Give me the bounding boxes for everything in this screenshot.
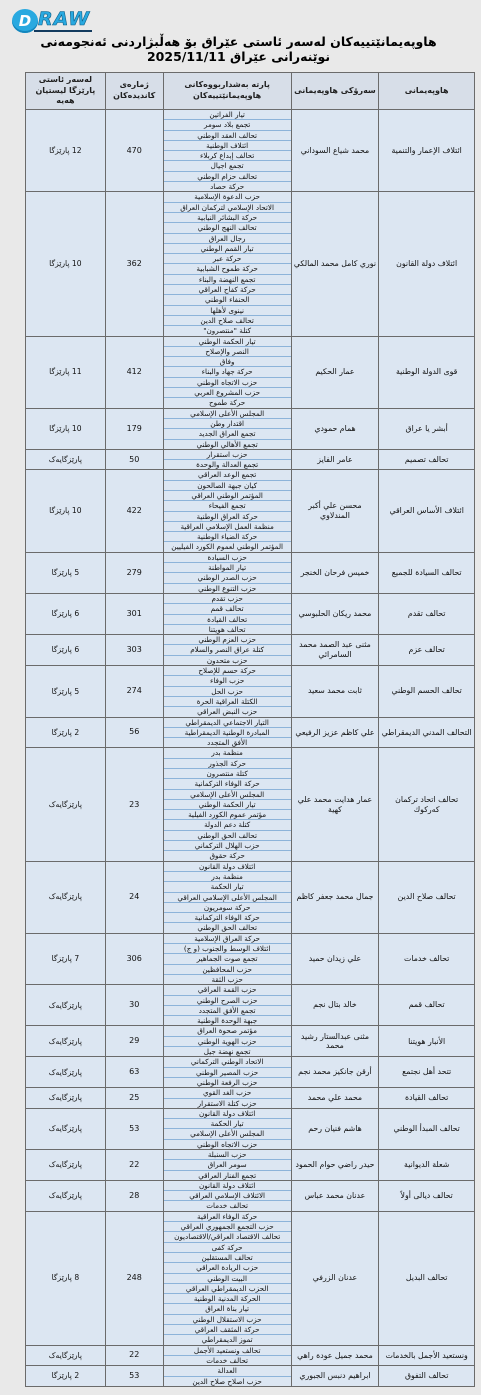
party-item: حركة الوفاء التركمانية bbox=[164, 778, 291, 788]
party-list: تيار الفراتينتجمع بلاد سومرتحالف العقد ا… bbox=[163, 110, 291, 192]
table-row: تحالف قمم خالد بتال نجم حزب القمة العراق… bbox=[26, 985, 475, 1026]
draw-logo: D RAW bbox=[12, 6, 92, 36]
party-item: كتلة منتصرون bbox=[164, 768, 291, 778]
party-item: حزب الثقة bbox=[164, 974, 291, 984]
party-list: منظمة بدرحركة الجذوركتلة منتصرونحركة الو… bbox=[163, 748, 291, 861]
party-item: منظمة بدر bbox=[164, 871, 291, 881]
table-row: تحالف اتحاد تركمان كەركوك عمار هدايت محم… bbox=[26, 748, 475, 861]
party-item: تحالف هويتنا bbox=[164, 624, 291, 634]
coalition-name: ونستعيد الأجمل بالخدمات bbox=[379, 1345, 475, 1366]
party-item: حزب متحدون bbox=[164, 655, 291, 665]
province-count: پارێزگایەک bbox=[26, 1057, 106, 1088]
coalition-name: أبشر يا عراق bbox=[379, 408, 475, 449]
party-item: الاتحاد الوطني التركماني bbox=[164, 1057, 291, 1066]
party-item: حزب الريادة العراقي bbox=[164, 1262, 291, 1272]
coalitions-table-wrapper: هاوپەیمانی سەرۆکی هاوپەیمانی پارتە بەشدا… bbox=[24, 72, 475, 1387]
coalition-leader: عمار هدايت محمد علي كهية bbox=[291, 748, 379, 861]
coalition-name: تحالف اتحاد تركمان كەركوك bbox=[379, 748, 475, 861]
coalition-leader: محسن علي أكبر المندلاوي bbox=[291, 470, 379, 552]
party-item: تجمع العدالة والوحدة bbox=[164, 459, 291, 469]
party-item: ائتلاف الوطنية bbox=[164, 140, 291, 150]
party-item: المؤتمر الوطني لعموم الكورد الفيليين bbox=[164, 541, 291, 551]
party-list: العدالةحزب اصلاح صلاح الدين bbox=[163, 1366, 291, 1387]
header-parties: پارتە بەشداربووەکانی هاوپەیمانێتییەکان bbox=[163, 73, 291, 110]
candidate-count: 24 bbox=[105, 861, 163, 933]
candidate-count: 25 bbox=[105, 1088, 163, 1109]
party-item: ائتلاف دولة القانون bbox=[164, 1181, 291, 1190]
coalition-leader: خميس فرحان الخنجر bbox=[291, 552, 379, 593]
coalition-leader: جمال محمد جعفر كاظم bbox=[291, 861, 379, 933]
party-item: تحالف العقد الوطني bbox=[164, 130, 291, 140]
party-item: حزب الاتجاه الوطني bbox=[164, 1139, 291, 1149]
table-row: التحالف المدني الديمقراطي علي كاظم عزيز … bbox=[26, 717, 475, 748]
party-item: حركة المثقف العراقي bbox=[164, 1324, 291, 1334]
party-item: المبادرة الوطنية الديمقراطية bbox=[164, 727, 291, 737]
party-item: الحنفاء الوطني bbox=[164, 294, 291, 304]
party-item: حزب التنوع الوطني bbox=[164, 583, 291, 593]
party-item: حركة طموح الشبابية bbox=[164, 263, 291, 273]
party-item: حركة الوفاء العراقية bbox=[164, 1212, 291, 1221]
header-provinces: لەسەر ئاستی پارێزگا لیستیان هەیە bbox=[26, 73, 106, 110]
candidate-count: 248 bbox=[105, 1211, 163, 1345]
party-item: تحالف الاقتصاد العراقي/الاقتصاديون bbox=[164, 1231, 291, 1241]
candidate-count: 362 bbox=[105, 192, 163, 336]
party-item: الحركة المدنية الوطنية bbox=[164, 1293, 291, 1303]
party-item: حركة البشائر النيابية bbox=[164, 212, 291, 222]
province-count: 8 پارێزگا bbox=[26, 1211, 106, 1345]
province-count: پارێزگایەک bbox=[26, 1345, 106, 1366]
party-item: تجمع الوعد العراقي bbox=[164, 470, 291, 479]
party-item: نينوى لأهلها bbox=[164, 305, 291, 315]
party-item: حزب الوفاء bbox=[164, 675, 291, 685]
table-row: الأنبار هويتنا مثنى عبدالستار رشيد محمد … bbox=[26, 1026, 475, 1057]
party-item: المجلس الأعلى الإسلامي bbox=[164, 1128, 291, 1138]
party-item: حزب المصير الوطني bbox=[164, 1067, 291, 1077]
party-item: تيار الحكمة bbox=[164, 1118, 291, 1128]
party-item: حزب المشروع العربي bbox=[164, 387, 291, 397]
province-count: پارێزگایەک bbox=[26, 1088, 106, 1109]
party-item: كيان جبهة الصالحون bbox=[164, 480, 291, 490]
party-item: تحالف خدمات bbox=[164, 1355, 291, 1365]
party-item: تيار القمم الوطني bbox=[164, 243, 291, 253]
party-item: حزب السنبلة bbox=[164, 1150, 291, 1159]
province-count: پارێزگایەک bbox=[26, 1026, 106, 1057]
table-row: تحالف السيادة للجميع خميس فرحان الخنجر ح… bbox=[26, 552, 475, 593]
party-item: سومر العراق bbox=[164, 1159, 291, 1169]
coalition-name: تحالف خدمات bbox=[379, 933, 475, 984]
province-count: پارێزگایەک bbox=[26, 1108, 106, 1149]
table-row: تحالف الحسم الوطني ثابت محمد سعيد حركة ح… bbox=[26, 666, 475, 717]
party-item: المؤتمر الوطني العراقي bbox=[164, 490, 291, 500]
party-item: حزب الحل bbox=[164, 686, 291, 696]
table-row: تحالف خدمات علي زيدان حميد حركة العراق ا… bbox=[26, 933, 475, 984]
party-item: حركة كفى bbox=[164, 1242, 291, 1252]
party-item: حركة الضياء الوطنية bbox=[164, 531, 291, 541]
coalition-name: تحالف تقدم bbox=[379, 593, 475, 634]
party-item: منظمة العمل الإسلامي العراقية bbox=[164, 521, 291, 531]
coalition-name: ائتلاف دولة القانون bbox=[379, 192, 475, 336]
party-item: تيار المواطنة bbox=[164, 562, 291, 572]
party-list: حزب العزم الوطنيكتلة عراق النصر والسلامح… bbox=[163, 635, 291, 666]
candidate-count: 50 bbox=[105, 449, 163, 470]
party-item: تحالف الحق الوطني bbox=[164, 830, 291, 840]
table-row: تحالف تقدم محمد ريكان الحلبوسي حزب تقدمت… bbox=[26, 593, 475, 634]
party-list: حزب السنبلةسومر العراقتجمع الفنار العراق… bbox=[163, 1149, 291, 1180]
party-item: تحالف قمم bbox=[164, 603, 291, 613]
coalition-name: التحالف المدني الديمقراطي bbox=[379, 717, 475, 748]
candidate-count: 63 bbox=[105, 1057, 163, 1088]
table-row: تحالف المبدأ الوطني هاشم فنيان رحم ائتلا… bbox=[26, 1108, 475, 1149]
party-item: تيار الحكمة الوطني bbox=[164, 337, 291, 346]
party-item: حركة العراق الإسلامية bbox=[164, 934, 291, 943]
coalition-leader: مثنى عبد الصمد محمد السامرائي bbox=[291, 635, 379, 666]
party-list: حزب الغد القويحزب كتلة الاستقرار bbox=[163, 1088, 291, 1109]
party-list: ائتلاف دولة القانونالائتلاف الإسلامي الع… bbox=[163, 1180, 291, 1211]
coalition-leader: ابراهيم دنبس الجبوري bbox=[291, 1366, 379, 1387]
party-item: تجمع العراق الجديد bbox=[164, 428, 291, 438]
party-item: تجمع نهضة جيل bbox=[164, 1046, 291, 1056]
table-row: تحالف صلاح الدين جمال محمد جعفر كاظم ائت… bbox=[26, 861, 475, 933]
party-item: حركة الجذور bbox=[164, 758, 291, 768]
coalition-name: تحالف المبدأ الوطني bbox=[379, 1108, 475, 1149]
candidate-count: 53 bbox=[105, 1366, 163, 1387]
table-row: تحالف القيادة محمد علي محمد حزب الغد الق… bbox=[26, 1088, 475, 1109]
party-list: حزب تقدمتحالف قممتحالف القيادةتحالف هويت… bbox=[163, 593, 291, 634]
coalition-leader: محمد علي محمد bbox=[291, 1088, 379, 1109]
party-list: حزب القمة العراقيحزب الصرح الوطنيتجمع ال… bbox=[163, 985, 291, 1026]
coalition-leader: خالد بتال نجم bbox=[291, 985, 379, 1026]
party-item: تحالف إبداع كربلاء bbox=[164, 150, 291, 160]
province-count: پارێزگایەک bbox=[26, 1180, 106, 1211]
party-list: المجلس الأعلى الإسلامياقتدار وطنتجمع الع… bbox=[163, 408, 291, 449]
table-row: تحالف عزم مثنى عبد الصمد محمد السامرائي … bbox=[26, 635, 475, 666]
party-item: الكتلة العراقية الحرة bbox=[164, 696, 291, 706]
coalition-name: تحالف صلاح الدين bbox=[379, 861, 475, 933]
party-item: تجمع الفنار العراقي bbox=[164, 1170, 291, 1180]
party-item: حزب اصلاح صلاح الدين bbox=[164, 1376, 291, 1386]
party-item: تجمع الأفق المتجدد bbox=[164, 1005, 291, 1015]
candidate-count: 301 bbox=[105, 593, 163, 634]
province-count: 6 پارێزگا bbox=[26, 635, 106, 666]
party-list: مؤتمر صحوة العراقحزب الهوية الوطنيتجمع ن… bbox=[163, 1026, 291, 1057]
coalition-name: تحالف ديالى أولاً bbox=[379, 1180, 475, 1211]
coalition-name: تحالف الحسم الوطني bbox=[379, 666, 475, 717]
table-row: قوى الدولة الوطنية عمار الحكيم تيار الحك… bbox=[26, 336, 475, 408]
coalition-leader: عدنان الزرفي bbox=[291, 1211, 379, 1345]
party-item: حركة حسم للإصلاح bbox=[164, 666, 291, 675]
party-list: حزب السيادةتيار المواطنةحزب الصدر الوطني… bbox=[163, 552, 291, 593]
party-item: تحالف النهج الوطني bbox=[164, 222, 291, 232]
party-item: حزب الهوية الوطني bbox=[164, 1036, 291, 1046]
coalitions-table: هاوپەیمانی سەرۆکی هاوپەیمانی پارتە بەشدا… bbox=[25, 72, 475, 1387]
party-list: التيار الاجتماعي الديمقراطيالمبادرة الوط… bbox=[163, 717, 291, 748]
party-item: تجمع بلاد سومر bbox=[164, 119, 291, 129]
party-item: البيت الوطني bbox=[164, 1273, 291, 1283]
party-item: الائتلاف الإسلامي العراقي bbox=[164, 1190, 291, 1200]
party-item: الاتحاد الإسلامي لتركمان العراق bbox=[164, 202, 291, 212]
party-item: حركة جهاد والبناء bbox=[164, 366, 291, 376]
party-item: مؤتمر عموم الكورد الفيلية bbox=[164, 809, 291, 819]
province-count: 6 پارێزگا bbox=[26, 593, 106, 634]
party-item: وفاق bbox=[164, 356, 291, 366]
candidate-count: 28 bbox=[105, 1180, 163, 1211]
party-item: تحالف الحق الوطني bbox=[164, 922, 291, 932]
province-count: پارێزگایەک bbox=[26, 449, 106, 470]
party-item: تحالف حزام الوطني bbox=[164, 171, 291, 181]
coalition-leader: عدنان محمد عباس bbox=[291, 1180, 379, 1211]
candidate-count: 53 bbox=[105, 1108, 163, 1149]
party-item: حركة سومريون bbox=[164, 902, 291, 912]
party-item: حزب الغد القوي bbox=[164, 1088, 291, 1097]
coalition-leader: هاشم فنيان رحم bbox=[291, 1108, 379, 1149]
table-row: ائتلاف الأساس العراقي محسن علي أكبر المن… bbox=[26, 470, 475, 552]
header-row: هاوپەیمانی سەرۆکی هاوپەیمانی پارتە بەشدا… bbox=[26, 73, 475, 110]
party-item: جبهة الوحدة الوطنية bbox=[164, 1015, 291, 1025]
candidate-count: 23 bbox=[105, 748, 163, 861]
party-item: حزب القمة العراقي bbox=[164, 985, 291, 994]
party-item: المجلس الأعلى الإسلامي bbox=[164, 409, 291, 418]
candidate-count: 22 bbox=[105, 1345, 163, 1366]
coalition-name: تحالف قمم bbox=[379, 985, 475, 1026]
party-item: الأفق المتجدد bbox=[164, 737, 291, 747]
province-count: 2 پارێزگا bbox=[26, 1366, 106, 1387]
candidate-count: 274 bbox=[105, 666, 163, 717]
party-item: كتلة "منتصرون" bbox=[164, 325, 291, 335]
party-item: حركة كفاح العراقي bbox=[164, 284, 291, 294]
coalition-name: ائتلاف الأساس العراقي bbox=[379, 470, 475, 552]
coalition-leader: محمد شياع السوداني bbox=[291, 110, 379, 192]
coalition-name: تحالف التفوق bbox=[379, 1366, 475, 1387]
province-count: 2 پارێزگا bbox=[26, 717, 106, 748]
party-item: تيار بناة العراق bbox=[164, 1303, 291, 1313]
party-item: حزب التجمع الجمهوري العراقي bbox=[164, 1221, 291, 1231]
coalition-leader: علي زيدان حميد bbox=[291, 933, 379, 984]
coalition-leader: محمد ريكان الحلبوسي bbox=[291, 593, 379, 634]
party-item: حركة حقوق bbox=[164, 850, 291, 860]
candidate-count: 470 bbox=[105, 110, 163, 192]
party-item: حزب الدعوة الإسلامية bbox=[164, 192, 291, 201]
party-item: حزب العزم الوطني bbox=[164, 635, 291, 644]
coalition-name: تحالف تصميم bbox=[379, 449, 475, 470]
party-item: حركة حصاد bbox=[164, 181, 291, 191]
candidate-count: 422 bbox=[105, 470, 163, 552]
coalition-name: تحالف السيادة للجميع bbox=[379, 552, 475, 593]
party-item: حزب استقرار bbox=[164, 450, 291, 459]
party-item: تيار الحكمة الوطني bbox=[164, 799, 291, 809]
party-item: تجمع الأهالي الوطني bbox=[164, 439, 291, 449]
party-item: تجمع الفيحاء bbox=[164, 500, 291, 510]
coalition-leader: ثابت محمد سعيد bbox=[291, 666, 379, 717]
party-list: تجمع الوعد العراقيكيان جبهة الصالحونالمؤ… bbox=[163, 470, 291, 552]
candidate-count: 22 bbox=[105, 1149, 163, 1180]
party-item: حركة العراق الوطنية bbox=[164, 511, 291, 521]
coalition-name: تحالف البديل bbox=[379, 1211, 475, 1345]
party-item: حركة طموح bbox=[164, 397, 291, 407]
party-item: النصر والإصلاح bbox=[164, 346, 291, 356]
party-item: حزب الهلال التركماني bbox=[164, 840, 291, 850]
party-item: ائتلاف الوسط والجنوب (و ج) bbox=[164, 943, 291, 953]
party-item: تحالف خدمات bbox=[164, 1200, 291, 1210]
coalition-leader: نوري كامل محمد المالكي bbox=[291, 192, 379, 336]
party-item: اقتدار وطن bbox=[164, 418, 291, 428]
table-row: تتحد أهل نجتمع أرقن جانكيز محمد نجم الات… bbox=[26, 1057, 475, 1088]
party-list: حركة العراق الإسلاميةائتلاف الوسط والجنو… bbox=[163, 933, 291, 984]
coalition-name: ائتلاف الإعمار والتنمية bbox=[379, 110, 475, 192]
province-count: 11 پارێزگا bbox=[26, 336, 106, 408]
table-row: تحالف التفوق ابراهيم دنبس الجبوري العدال… bbox=[26, 1366, 475, 1387]
party-item: كتلة دعم الدولة bbox=[164, 819, 291, 829]
party-item: تحالف المستقلين bbox=[164, 1252, 291, 1262]
party-item: تموز الديمقراطي bbox=[164, 1334, 291, 1344]
party-item: ائتلاف دولة القانون bbox=[164, 862, 291, 871]
table-row: ائتلاف الإعمار والتنمية محمد شياع السودا… bbox=[26, 110, 475, 192]
table-row: ائتلاف دولة القانون نوري كامل محمد المال… bbox=[26, 192, 475, 336]
party-item: تجمع اجيال bbox=[164, 160, 291, 170]
party-item: تيار الحكمة bbox=[164, 881, 291, 891]
table-row: أبشر يا عراق همام حمودي المجلس الأعلى ال… bbox=[26, 408, 475, 449]
party-item: العدالة bbox=[164, 1366, 291, 1375]
province-count: 10 پارێزگا bbox=[26, 192, 106, 336]
coalition-name: تحالف القيادة bbox=[379, 1088, 475, 1109]
party-item: تيار الفراتين bbox=[164, 110, 291, 119]
coalition-leader: أرقن جانكيز محمد نجم bbox=[291, 1057, 379, 1088]
table-row: تحالف ديالى أولاً عدنان محمد عباس ائتلاف… bbox=[26, 1180, 475, 1211]
party-list: حركة حسم للإصلاححزب الوفاءحزب الحلالكتلة… bbox=[163, 666, 291, 717]
party-item: حزب تقدم bbox=[164, 594, 291, 603]
candidate-count: 29 bbox=[105, 1026, 163, 1057]
table-row: ونستعيد الأجمل بالخدمات محمد جميل عودة ر… bbox=[26, 1345, 475, 1366]
party-item: حركة الوفاء التركمانية bbox=[164, 912, 291, 922]
table-row: تحالف تصميم عامر الفايز حزب استقرارتجمع … bbox=[26, 449, 475, 470]
candidate-count: 30 bbox=[105, 985, 163, 1026]
party-item: رجال العراق bbox=[164, 233, 291, 243]
party-list: تحالف ونستعيد الأجملتحالف خدمات bbox=[163, 1345, 291, 1366]
province-count: 12 پارێزگا bbox=[26, 110, 106, 192]
coalition-name: شعلة الديوانية bbox=[379, 1149, 475, 1180]
party-item: تجمع صوت الجماهير bbox=[164, 953, 291, 963]
province-count: 5 پارێزگا bbox=[26, 666, 106, 717]
party-item: كتلة عراق النصر والسلام bbox=[164, 644, 291, 654]
party-item: تحالف ونستعيد الأجمل bbox=[164, 1346, 291, 1355]
candidate-count: 179 bbox=[105, 408, 163, 449]
coalition-leader: مثنى عبدالستار رشيد محمد bbox=[291, 1026, 379, 1057]
party-item: تحالف صلاح الدين bbox=[164, 315, 291, 325]
party-list: حزب الدعوة الإسلاميةالاتحاد الإسلامي لتر… bbox=[163, 192, 291, 336]
party-item: المجلس الأعلى الإسلامي العراقي bbox=[164, 892, 291, 902]
header-candidates: ژمارەی کاندیدەکان bbox=[105, 73, 163, 110]
candidate-count: 279 bbox=[105, 552, 163, 593]
party-item: التيار الاجتماعي الديمقراطي bbox=[164, 718, 291, 727]
coalition-name: قوى الدولة الوطنية bbox=[379, 336, 475, 408]
province-count: پارێزگایەک bbox=[26, 748, 106, 861]
party-list: تيار الحكمة الوطنيالنصر والإصلاحوفاقحركة… bbox=[163, 336, 291, 408]
party-item: حزب الصدر الوطني bbox=[164, 572, 291, 582]
coalition-name: تتحد أهل نجتمع bbox=[379, 1057, 475, 1088]
coalition-leader: همام حمودي bbox=[291, 408, 379, 449]
coalition-leader: علي كاظم عزيز الرفيعي bbox=[291, 717, 379, 748]
party-item: حزب الاستقلال الوطني bbox=[164, 1314, 291, 1324]
party-item: المجلس الأعلى الإسلامي bbox=[164, 789, 291, 799]
table-body: ائتلاف الإعمار والتنمية محمد شياع السودا… bbox=[26, 110, 475, 1387]
province-count: 7 پارێزگا bbox=[26, 933, 106, 984]
province-count: پارێزگایەک bbox=[26, 861, 106, 933]
party-item: تحالف القيادة bbox=[164, 614, 291, 624]
party-item: حزب الرفعة الوطني bbox=[164, 1077, 291, 1087]
candidate-count: 412 bbox=[105, 336, 163, 408]
party-list: حزب استقرارتجمع العدالة والوحدة bbox=[163, 449, 291, 470]
coalition-name: تحالف عزم bbox=[379, 635, 475, 666]
draw-logo-text: RAW bbox=[34, 10, 92, 32]
coalition-leader: عامر الفايز bbox=[291, 449, 379, 470]
party-item: حزب كتلة الاستقرار bbox=[164, 1098, 291, 1108]
province-count: پارێزگایەک bbox=[26, 985, 106, 1026]
party-item: حزب الصرح الوطني bbox=[164, 995, 291, 1005]
party-list: ائتلاف دولة القانونتيار الحكمةالمجلس الأ… bbox=[163, 1108, 291, 1149]
party-list: حركة الوفاء العراقيةحزب التجمع الجمهوري … bbox=[163, 1211, 291, 1345]
party-item: ائتلاف دولة القانون bbox=[164, 1109, 291, 1118]
party-item: حزب السيادة bbox=[164, 553, 291, 562]
candidate-count: 306 bbox=[105, 933, 163, 984]
coalition-leader: عمار الحكيم bbox=[291, 336, 379, 408]
candidate-count: 303 bbox=[105, 635, 163, 666]
province-count: 5 پارێزگا bbox=[26, 552, 106, 593]
table-row: شعلة الديوانية حيدر راضي حوام الحمود حزب… bbox=[26, 1149, 475, 1180]
coalition-leader: محمد جميل عودة راهي bbox=[291, 1345, 379, 1366]
coalition-name: الأنبار هويتنا bbox=[379, 1026, 475, 1057]
province-count: 10 پارێزگا bbox=[26, 470, 106, 552]
party-item: حزب المحافظين bbox=[164, 964, 291, 974]
party-item: الحزب الديمقراطي العراقي bbox=[164, 1283, 291, 1293]
province-count: 10 پارێزگا bbox=[26, 408, 106, 449]
party-item: حزب النبض العراقي bbox=[164, 706, 291, 716]
province-count: پارێزگایەک bbox=[26, 1149, 106, 1180]
candidate-count: 56 bbox=[105, 717, 163, 748]
party-list: الاتحاد الوطني التركمانيحزب المصير الوطن… bbox=[163, 1057, 291, 1088]
party-item: منظمة بدر bbox=[164, 748, 291, 757]
party-item: مؤتمر صحوة العراق bbox=[164, 1026, 291, 1035]
party-item: تجمع النهضة والبناء bbox=[164, 274, 291, 284]
header-leader: سەرۆکی هاوپەیمانی bbox=[291, 73, 379, 110]
coalition-leader: حيدر راضي حوام الحمود bbox=[291, 1149, 379, 1180]
table-row: تحالف البديل عدنان الزرفي حركة الوفاء ال… bbox=[26, 1211, 475, 1345]
party-item: حزب الاتجاه الوطني bbox=[164, 377, 291, 387]
party-item: حركة عبر bbox=[164, 253, 291, 263]
party-list: ائتلاف دولة القانونمنظمة بدرتيار الحكمةا… bbox=[163, 861, 291, 933]
header-coalition: هاوپەیمانی bbox=[379, 73, 475, 110]
